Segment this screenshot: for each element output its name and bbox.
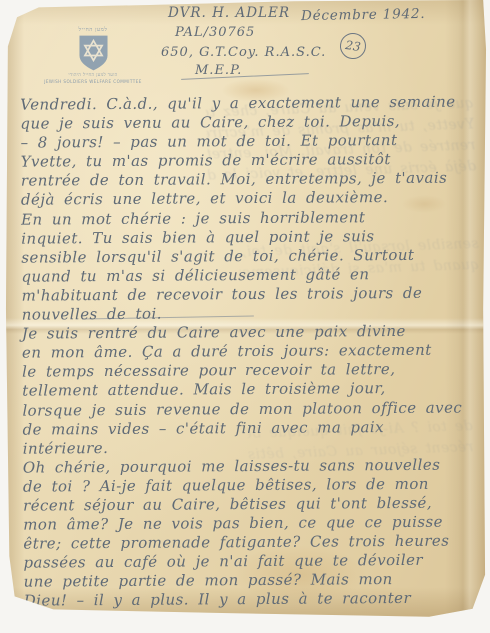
- letter-line: passées au café où je n'ai fait que te d…: [23, 551, 483, 573]
- sender-service-number: PAL/30765: [175, 25, 255, 40]
- sender-unit: 650, G.T.Coy. R.A.S.C.: [161, 45, 326, 60]
- org-emblem: למען החייל הועד למען החייל היהודי JEWISH…: [33, 27, 153, 84]
- letter-line: Dieu! – il y a plus. Il y a plus à te ra…: [24, 589, 484, 611]
- page-number: 23: [344, 38, 361, 54]
- emblem-caption-english: JEWISH SOLDIERS WELFARE COMMITTEE: [33, 79, 153, 84]
- scanned-letter: que je suis venu au Caire, chez toi. Dep…: [0, 0, 490, 633]
- letter-paper: que je suis venu au Caire, chez toi. Dep…: [5, 0, 487, 618]
- letter-line: Vendredi. C.à.d., qu'il y a exactement u…: [20, 92, 480, 114]
- letter-line: en mon âme. Ça a duré trois jours: exact…: [22, 341, 482, 363]
- letter-date: Décembre 1942.: [301, 6, 426, 24]
- page-number-circled: 23: [338, 31, 367, 60]
- emblem-hebrew-motto: למען החייל: [33, 27, 153, 33]
- letter-line: lorsque je suis revenue de mon platoon o…: [22, 398, 482, 420]
- star-of-david-shield-icon: [77, 34, 110, 72]
- letter-line: rentrée de ton travail. Moi, entretemps,…: [21, 169, 481, 191]
- letter-line: sensible lorsqu'il s'agit de toi, chérie…: [21, 245, 481, 267]
- sender-name: DVR. H. ADLER: [168, 5, 290, 21]
- letter-body: Vendredi. C.à.d., qu'il y a exactement u…: [20, 92, 484, 611]
- letter-line: m'habituant de recevoir tous les trois j…: [22, 283, 482, 305]
